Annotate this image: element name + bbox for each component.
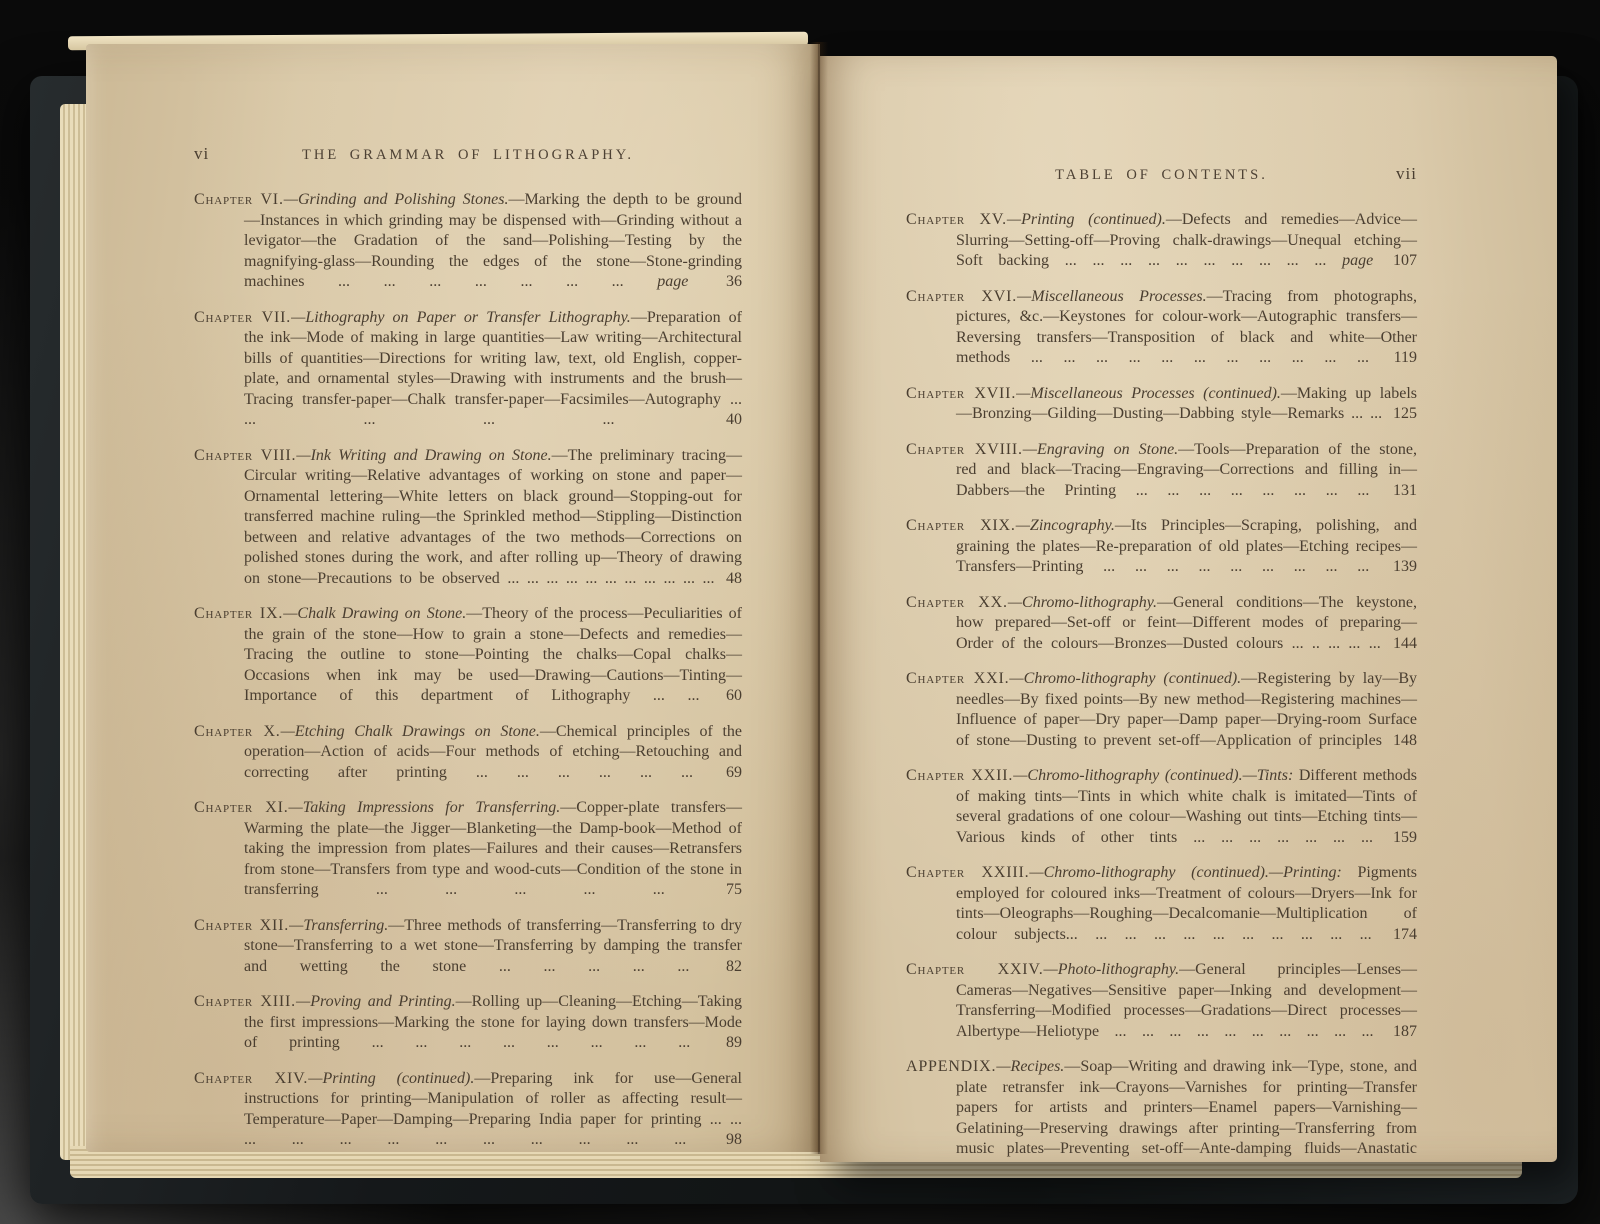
running-title-right: TABLE OF CONTENTS. xyxy=(970,167,1353,184)
chapter-title: —Chromo-lithography. xyxy=(1008,594,1157,611)
dot-leaders: ... ... ... ... ... ... ... ... ... xyxy=(1083,558,1389,575)
toc-entry: Chapter XVIII.—Engraving on Stone.—Tools… xyxy=(906,440,1417,502)
chapter-title: —Chromo-lithography (continued). xyxy=(1029,864,1268,881)
toc-entry: Chapter X.—Etching Chalk Drawings on Sto… xyxy=(194,722,742,784)
right-page: TABLE OF CONTENTS. vii Chapter XV.—Print… xyxy=(820,56,1557,1162)
running-title-left: THE GRAMMAR OF LITHOGRAPHY. xyxy=(258,147,678,164)
page-word: page xyxy=(1342,252,1389,269)
chapter-description: —The preliminary tracing—Circular writin… xyxy=(244,447,742,587)
chapter-title: —Zincography. xyxy=(1016,517,1115,534)
folio-right: vii xyxy=(1353,164,1417,184)
chapter-label: Chapter XXI. xyxy=(906,670,1009,687)
chapter-title: —Lithography on Paper or Transfer Lithog… xyxy=(291,309,631,326)
page-number: 139 xyxy=(1393,558,1417,575)
chapter-subtitle: —Tints: xyxy=(1243,767,1294,784)
left-page: vi THE GRAMMAR OF LITHOGRAPHY. Chapter V… xyxy=(86,44,820,1152)
toc-entry: Chapter XIX.—Zincography.—Its Principles… xyxy=(906,516,1417,578)
chapter-subtitle: —Printing: xyxy=(1269,864,1342,881)
chapter-title: —Printing (continued). xyxy=(1007,211,1166,228)
chapter-label: Chapter VII. xyxy=(194,309,291,326)
page-number: 174 xyxy=(1393,926,1417,943)
dot-leaders: ... ... ... ... ... ... ... ... ... ... xyxy=(1099,1023,1389,1040)
page-number: 98 xyxy=(726,1131,742,1148)
chapter-label: Chapter XI. xyxy=(194,799,289,816)
page-stack-edge-left xyxy=(60,104,88,1160)
chapter-label: Chapter XVI. xyxy=(906,288,1017,305)
chapter-title: —Taking Impressions for Transferring. xyxy=(289,799,561,816)
dot-leaders: ... ... ... ... ... xyxy=(319,881,722,898)
chapter-label: Chapter VI. xyxy=(194,191,284,208)
chapter-title: —Engraving on Stone. xyxy=(1023,441,1178,458)
toc-entries-right: Chapter XV.—Printing (continued).—Defect… xyxy=(906,210,1417,1162)
chapter-title: —Etching Chalk Drawings on Stone. xyxy=(281,723,540,740)
chapter-label: Chapter XVII. xyxy=(906,385,1016,402)
page-number: 159 xyxy=(1393,829,1417,846)
dot-leaders: ... ... ... ... ... xyxy=(466,958,722,975)
dot-leaders: ... ... ... ... ... ... ... ... ... ... xyxy=(1049,252,1342,269)
left-page-content: vi THE GRAMMAR OF LITHOGRAPHY. Chapter V… xyxy=(86,44,820,1152)
dot-leaders: ... ... xyxy=(630,687,722,704)
toc-entry: Chapter XXIII.—Chromo-lithography (conti… xyxy=(906,863,1417,945)
page-number: 144 xyxy=(1393,635,1417,652)
toc-entry: Chapter XXIV.—Photo-lithography.—General… xyxy=(906,960,1417,1042)
chapter-title: —Printing (continued). xyxy=(308,1070,474,1087)
toc-entry: Chapter XV.—Printing (continued).—Defect… xyxy=(906,210,1417,272)
right-page-header: TABLE OF CONTENTS. vii xyxy=(906,164,1417,184)
right-page-content: TABLE OF CONTENTS. vii Chapter XV.—Print… xyxy=(820,56,1557,1162)
chapter-title: —Miscellaneous Processes. xyxy=(1017,288,1207,305)
dot-leaders: ... .. ... ... ... xyxy=(1283,635,1389,652)
chapter-title: —Proving and Printing. xyxy=(296,993,456,1010)
toc-entry: Chapter XXII.—Chromo-lithography (contin… xyxy=(906,766,1417,848)
chapter-label: Chapter XIII. xyxy=(194,993,296,1010)
toc-entry: Chapter XII.—Transferring.—Three methods… xyxy=(194,916,742,978)
page-number: 40 xyxy=(726,411,742,428)
page-number: 60 xyxy=(726,687,742,704)
chapter-label: APPENDIX. xyxy=(906,1058,996,1075)
page-number: 75 xyxy=(726,881,742,898)
left-page-header: vi THE GRAMMAR OF LITHOGRAPHY. xyxy=(194,144,742,164)
book-photo-scene: vi THE GRAMMAR OF LITHOGRAPHY. Chapter V… xyxy=(0,0,1600,1224)
dot-leaders: ... ... xyxy=(1344,405,1389,422)
chapter-title: —Grinding and Polishing Stones. xyxy=(284,191,509,208)
chapter-title: —Chromo-lithography (continued). xyxy=(1013,767,1242,784)
chapter-label: Chapter X. xyxy=(194,723,281,740)
page-number: 82 xyxy=(726,958,742,975)
chapter-label: Chapter XX. xyxy=(906,594,1008,611)
toc-entries-left: Chapter VI.—Grinding and Polishing Stone… xyxy=(194,190,742,1151)
page-number: 48 xyxy=(726,570,742,587)
page-number: 107 xyxy=(1393,252,1417,269)
chapter-label: Chapter XIV. xyxy=(194,1070,308,1087)
toc-entry: Chapter VI.—Grinding and Polishing Stone… xyxy=(194,190,742,293)
chapter-label: Chapter XXIV. xyxy=(906,961,1044,978)
page-number: 69 xyxy=(726,764,742,781)
page-number: 119 xyxy=(1394,349,1417,366)
page-number: 131 xyxy=(1393,482,1417,499)
chapter-label: Chapter XXII. xyxy=(906,767,1013,784)
toc-entry: Chapter XI.—Taking Impressions for Trans… xyxy=(194,798,742,901)
page-word: page xyxy=(657,273,722,290)
dot-leaders xyxy=(1382,732,1389,749)
chapter-title: —Chalk Drawing on Stone. xyxy=(283,605,466,622)
chapter-title: —Photo-lithography. xyxy=(1044,961,1180,978)
chapter-label: Chapter XVIII. xyxy=(906,441,1023,458)
toc-entry: Chapter XXI.—Chromo-lithography (continu… xyxy=(906,669,1417,751)
dot-leaders: ... ... ... ... ... ... ... ... ... ... xyxy=(1078,926,1389,943)
chapter-title: —Transferring. xyxy=(289,917,388,934)
dot-leaders: ... ... ... ... ... ... ... ... ... ... … xyxy=(1010,349,1389,366)
chapter-label: Chapter XXIII. xyxy=(906,864,1029,881)
chapter-label: Chapter XV. xyxy=(906,211,1007,228)
page-number: 148 xyxy=(1393,732,1417,749)
chapter-label: Chapter XII. xyxy=(194,917,289,934)
chapter-label: Chapter VIII. xyxy=(194,447,296,464)
page-number: 89 xyxy=(726,1034,742,1051)
page-number: 36 xyxy=(726,273,742,290)
toc-entry: Chapter XVII.—Miscellaneous Processes (c… xyxy=(906,384,1417,425)
toc-entry: Chapter VIII.—Ink Writing and Drawing on… xyxy=(194,446,742,590)
folio-left: vi xyxy=(194,144,258,164)
chapter-title: —Miscellaneous Processes (continued). xyxy=(1016,385,1281,402)
dot-leaders: ... ... ... ... ... ... ... xyxy=(304,273,657,290)
toc-entry: Chapter XVI.—Miscellaneous Processes.—Tr… xyxy=(906,287,1417,369)
chapter-label: Chapter XIX. xyxy=(906,517,1016,534)
dot-leaders: ... ... ... ... ... ... ... ... xyxy=(1116,482,1389,499)
toc-entry: Chapter IX.—Chalk Drawing on Stone.—Theo… xyxy=(194,604,742,707)
chapter-label: Chapter IX. xyxy=(194,605,283,622)
toc-entry: Chapter XIV.—Printing (continued).—Prepa… xyxy=(194,1069,742,1151)
dot-leaders: ... ... ... ... ... ... xyxy=(447,764,722,781)
toc-entry: Chapter VII.—Lithography on Paper or Tra… xyxy=(194,308,742,431)
dot-leaders: ... ... ... ... ... ... ... ... xyxy=(340,1034,722,1051)
chapter-title: —Ink Writing and Drawing on Stone. xyxy=(296,447,551,464)
dot-leaders: ... ... ... ... ... ... ... xyxy=(1177,829,1389,846)
chapter-title: —Chromo-lithography (continued). xyxy=(1009,670,1241,687)
page-number: 125 xyxy=(1393,405,1417,422)
page-number: 187 xyxy=(1393,1023,1417,1040)
toc-entry: Chapter XX.—Chromo-lithography.—General … xyxy=(906,593,1417,655)
toc-entry: APPENDIX.—Recipes.—Soap—Writing and draw… xyxy=(906,1057,1417,1162)
chapter-title: —Recipes. xyxy=(996,1058,1064,1075)
toc-entry: Chapter XIII.—Proving and Printing.—Roll… xyxy=(194,992,742,1054)
dot-leaders: ... ... ... ... ... ... ... ... ... ... … xyxy=(500,570,722,587)
